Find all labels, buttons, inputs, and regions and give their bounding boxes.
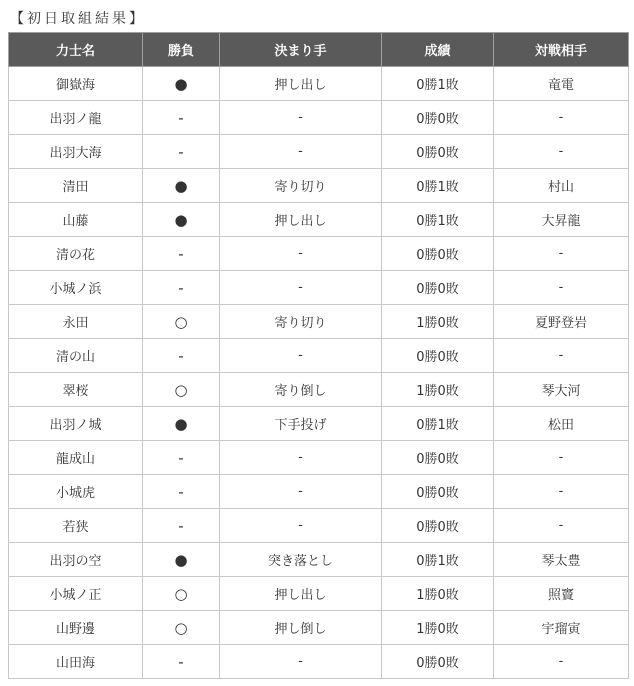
record-cell: 0勝0敗 (382, 441, 494, 475)
rikishi-name-cell: 出羽ノ龍 (9, 101, 143, 135)
result-mark-cell: - (143, 339, 220, 373)
kimarite-cell: 押し出し (220, 577, 382, 611)
header-result: 勝負 (143, 33, 220, 67)
section-caption: 【初日取組結果】 (10, 8, 146, 28)
result-mark-cell: - (143, 645, 220, 679)
record-cell: 1勝0敗 (382, 305, 494, 339)
rikishi-name-cell: 出羽の空 (9, 543, 143, 577)
record-cell: 1勝0敗 (382, 611, 494, 645)
table-row: 小城ノ浜--0勝0敗- (9, 271, 629, 305)
record-cell: 0勝0敗 (382, 237, 494, 271)
record-cell: 0勝0敗 (382, 475, 494, 509)
table-row: 山田海--0勝0敗- (9, 645, 629, 679)
rikishi-name-cell: 出羽大海 (9, 135, 143, 169)
record-cell: 1勝0敗 (382, 373, 494, 407)
opponent-cell: - (494, 135, 629, 169)
opponent-cell: - (494, 237, 629, 271)
result-mark-cell: - (143, 271, 220, 305)
kimarite-cell: 寄り切り (220, 305, 382, 339)
result-mark-cell: - (143, 509, 220, 543)
kimarite-cell: - (220, 339, 382, 373)
opponent-cell: 琴大河 (494, 373, 629, 407)
record-cell: 0勝1敗 (382, 203, 494, 237)
header-record: 成績 (382, 33, 494, 67)
header-opponent: 対戦相手 (494, 33, 629, 67)
rikishi-name-cell: 小城虎 (9, 475, 143, 509)
table-row: 清の山--0勝0敗- (9, 339, 629, 373)
opponent-cell: - (494, 475, 629, 509)
rikishi-name-cell: 山田海 (9, 645, 143, 679)
record-cell: 1勝0敗 (382, 577, 494, 611)
result-mark-cell: - (143, 135, 220, 169)
kimarite-cell: - (220, 441, 382, 475)
table-row: 出羽ノ龍--0勝0敗- (9, 101, 629, 135)
opponent-cell: - (494, 271, 629, 305)
rikishi-name-cell: 出羽ノ城 (9, 407, 143, 441)
rikishi-name-cell: 清の山 (9, 339, 143, 373)
result-mark-cell: ● (143, 169, 220, 203)
table-row: 山野邊○押し倒し1勝0敗宇瑠寅 (9, 611, 629, 645)
kimarite-cell: - (220, 645, 382, 679)
record-cell: 0勝1敗 (382, 169, 494, 203)
opponent-cell: 宇瑠寅 (494, 611, 629, 645)
rikishi-name-cell: 御嶽海 (9, 67, 143, 101)
table-row: 小城ノ正○押し出し1勝0敗照竇 (9, 577, 629, 611)
opponent-cell: 夏野登岩 (494, 305, 629, 339)
opponent-cell: 照竇 (494, 577, 629, 611)
rikishi-name-cell: 翠桜 (9, 373, 143, 407)
table-row: 小城虎--0勝0敗- (9, 475, 629, 509)
table-row: 若狭--0勝0敗- (9, 509, 629, 543)
kimarite-cell: 下手投げ (220, 407, 382, 441)
result-mark-cell: - (143, 475, 220, 509)
result-mark-cell: - (143, 237, 220, 271)
result-mark-cell: - (143, 101, 220, 135)
rikishi-name-cell: 永田 (9, 305, 143, 339)
kimarite-cell: - (220, 475, 382, 509)
opponent-cell: 大昇龍 (494, 203, 629, 237)
result-mark-cell: ● (143, 67, 220, 101)
result-mark-cell: ○ (143, 373, 220, 407)
rikishi-name-cell: 山野邊 (9, 611, 143, 645)
result-mark-cell: ● (143, 407, 220, 441)
table-row: 出羽の空●突き落とし0勝1敗琴太豊 (9, 543, 629, 577)
result-mark-cell: ● (143, 203, 220, 237)
table-row: 龍成山--0勝0敗- (9, 441, 629, 475)
result-mark-cell: ○ (143, 577, 220, 611)
kimarite-cell: 押し出し (220, 203, 382, 237)
table-row: 出羽大海--0勝0敗- (9, 135, 629, 169)
record-cell: 0勝0敗 (382, 135, 494, 169)
table-row: 清の花--0勝0敗- (9, 237, 629, 271)
record-cell: 0勝0敗 (382, 509, 494, 543)
header-rikishi: 力士名 (9, 33, 143, 67)
rikishi-name-cell: 山藤 (9, 203, 143, 237)
opponent-cell: - (494, 101, 629, 135)
rikishi-name-cell: 清田 (9, 169, 143, 203)
table-row: 山藤●押し出し0勝1敗大昇龍 (9, 203, 629, 237)
record-cell: 0勝0敗 (382, 271, 494, 305)
kimarite-cell: 押し倒し (220, 611, 382, 645)
opponent-cell: 竜電 (494, 67, 629, 101)
kimarite-cell: - (220, 135, 382, 169)
rikishi-name-cell: 小城ノ浜 (9, 271, 143, 305)
opponent-cell: 村山 (494, 169, 629, 203)
table-row: 永田○寄り切り1勝0敗夏野登岩 (9, 305, 629, 339)
rikishi-name-cell: 龍成山 (9, 441, 143, 475)
kimarite-cell: - (220, 271, 382, 305)
kimarite-cell: - (220, 101, 382, 135)
table-row: 御嶽海●押し出し0勝1敗竜電 (9, 67, 629, 101)
opponent-cell: 琴太豊 (494, 543, 629, 577)
opponent-cell: - (494, 339, 629, 373)
record-cell: 0勝1敗 (382, 67, 494, 101)
result-mark-cell: ○ (143, 305, 220, 339)
opponent-cell: - (494, 441, 629, 475)
kimarite-cell: 寄り切り (220, 169, 382, 203)
rikishi-name-cell: 若狭 (9, 509, 143, 543)
kimarite-cell: 突き落とし (220, 543, 382, 577)
kimarite-cell: 押し出し (220, 67, 382, 101)
record-cell: 0勝0敗 (382, 645, 494, 679)
record-cell: 0勝1敗 (382, 407, 494, 441)
opponent-cell: - (494, 509, 629, 543)
result-mark-cell: ○ (143, 611, 220, 645)
table-header-row: 力士名 勝負 決まり手 成績 対戦相手 (9, 33, 629, 67)
table-row: 翠桜○寄り倒し1勝0敗琴大河 (9, 373, 629, 407)
results-table: 力士名 勝負 決まり手 成績 対戦相手 御嶽海●押し出し0勝1敗竜電出羽ノ龍--… (8, 32, 629, 679)
rikishi-name-cell: 清の花 (9, 237, 143, 271)
result-mark-cell: - (143, 441, 220, 475)
record-cell: 0勝1敗 (382, 543, 494, 577)
opponent-cell: - (494, 645, 629, 679)
rikishi-name-cell: 小城ノ正 (9, 577, 143, 611)
table-row: 出羽ノ城●下手投げ0勝1敗松田 (9, 407, 629, 441)
kimarite-cell: 寄り倒し (220, 373, 382, 407)
kimarite-cell: - (220, 509, 382, 543)
table-row: 清田●寄り切り0勝1敗村山 (9, 169, 629, 203)
header-kimarite: 決まり手 (220, 33, 382, 67)
kimarite-cell: - (220, 237, 382, 271)
result-mark-cell: ● (143, 543, 220, 577)
record-cell: 0勝0敗 (382, 101, 494, 135)
opponent-cell: 松田 (494, 407, 629, 441)
record-cell: 0勝0敗 (382, 339, 494, 373)
